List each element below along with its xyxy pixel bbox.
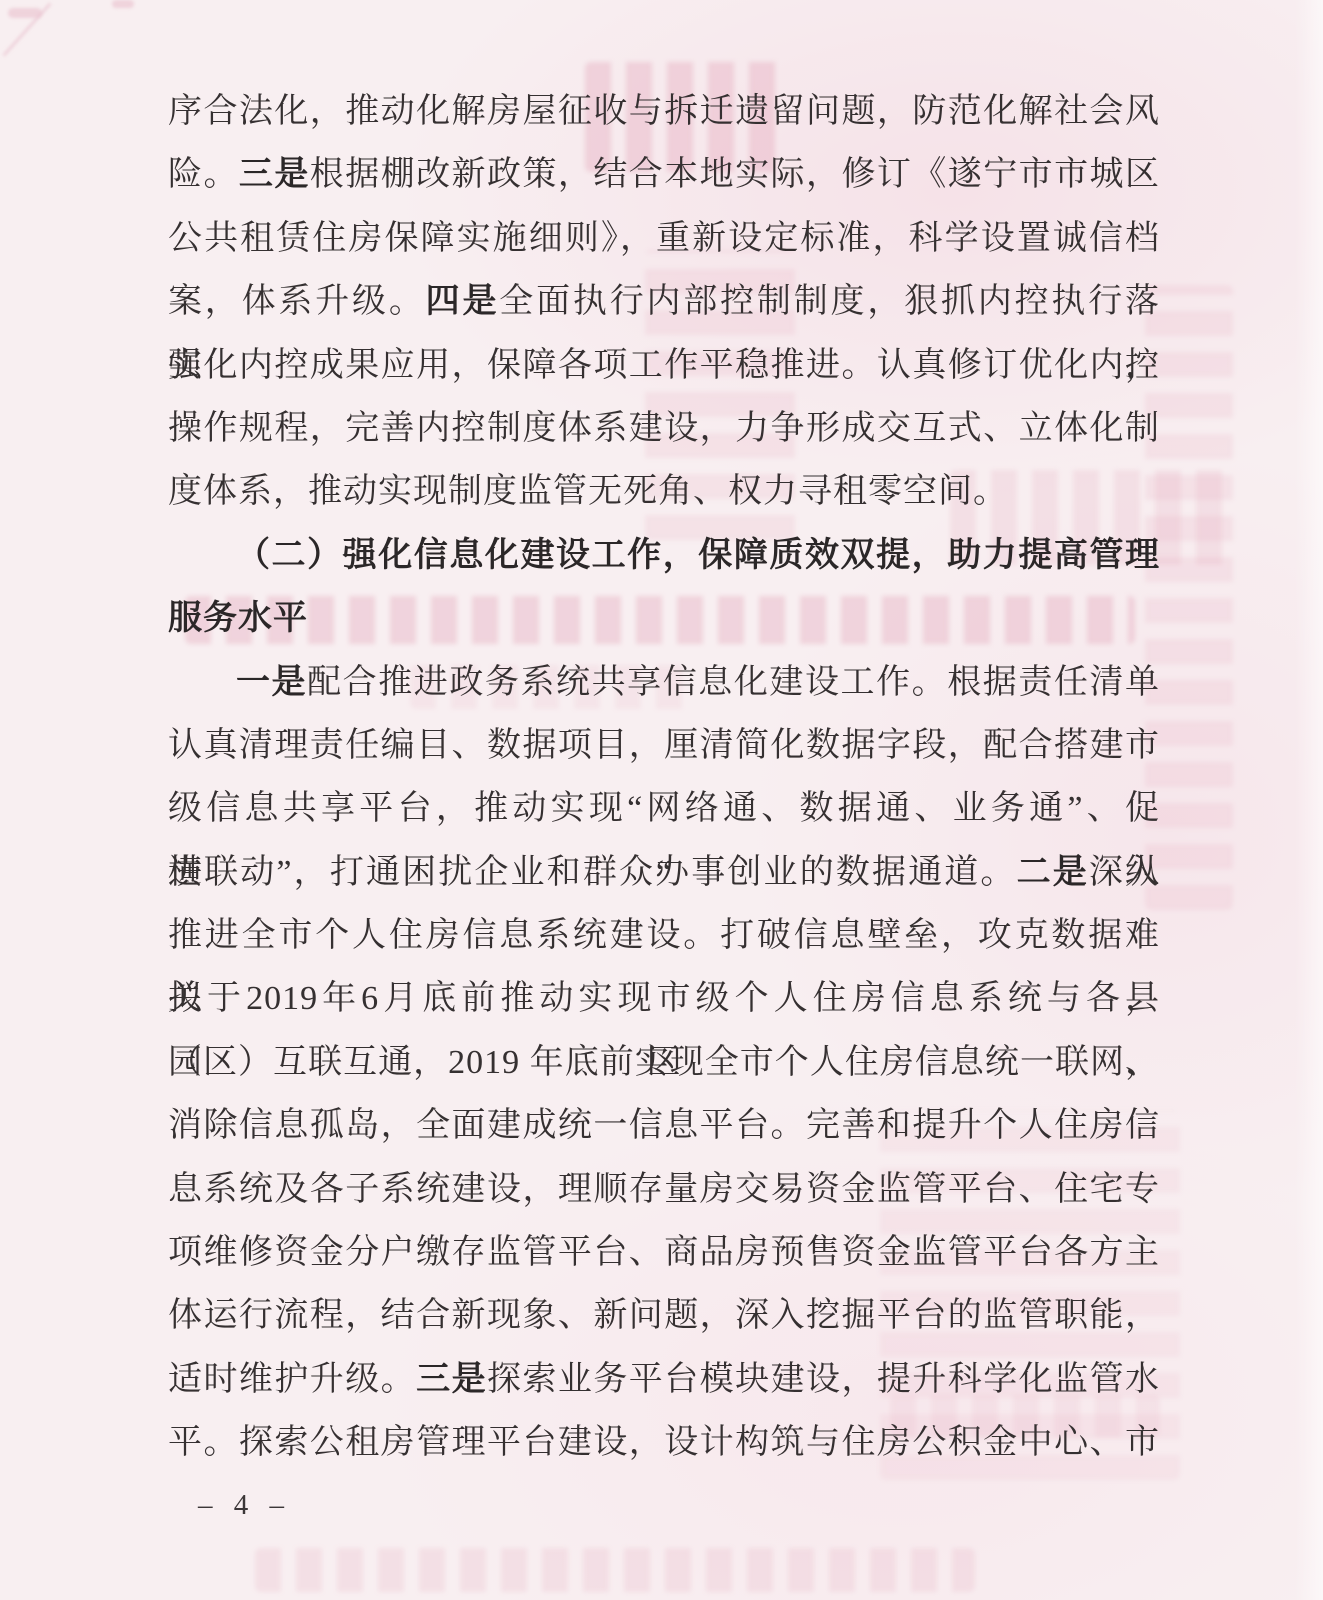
body-text: 消除信息孤岛，全面建成统一信息平台。完善和提升个人住房信 — [168, 1107, 1160, 1144]
text-line: 拟于2019年6月底前推动实现市级个人住房信息系统与各县（区、 — [168, 967, 1160, 1030]
text-line: 项维修资金分户缴存监管平台、商品房预售资金监管平台各方主 — [168, 1221, 1160, 1284]
text-line: 度体系，推动实现制度监管无死角、权力寻租零空间。 — [168, 460, 1160, 523]
text-line: 横联动”，打通困扰企业和群众办事创业的数据通道。二是深入 — [168, 841, 1160, 904]
text-line: 公共租赁住房保障实施细则》，重新设定标准，科学设置诚信档 — [168, 207, 1160, 270]
emphasis-text: 四是 — [426, 283, 500, 320]
text-line: 强化内控成果应用，保障各项工作平稳推进。认真修订优化内控 — [168, 334, 1160, 397]
emphasis-text: 三是 — [416, 1361, 487, 1398]
body-text: 案，体系升级。 — [168, 283, 426, 320]
body-text: 公共租赁住房保障实施细则》，重新设定标准，科学设置诚信档 — [168, 220, 1160, 257]
bleed-through-artifact — [255, 1548, 975, 1592]
body-text: 配合推进政务系统共享信息化建设工作。根据责任清单 — [307, 664, 1160, 701]
text-line: 体运行流程，结合新现象、新问题，深入挖掘平台的监管职能， — [168, 1284, 1160, 1347]
text-line: 服务水平 — [168, 587, 1160, 650]
text-line: 险。三是根据棚改新政策，结合本地实际，修订《遂宁市市城区 — [168, 143, 1160, 206]
body-text: 体运行流程，结合新现象、新问题，深入挖掘平台的监管职能， — [168, 1297, 1160, 1334]
scan-edge-highlight — [1295, 0, 1323, 1600]
emphasis-text: 三是 — [239, 156, 310, 193]
page-number: – 4 – — [198, 1489, 291, 1522]
emphasis-text: 服务水平 — [168, 600, 308, 637]
body-text: 认真清理责任编目、数据项目，厘清简化数据字段，配合搭建市 — [168, 727, 1160, 764]
body-text: 园区）互联互通，2019 年底前实现全市个人住房信息统一联网， — [168, 1044, 1160, 1081]
text-line: 序合法化，推动化解房屋征收与拆迁遗留问题，防范化解社会风 — [168, 80, 1160, 143]
scanned-document-page: 序合法化，推动化解房屋征收与拆迁遗留问题，防范化解社会风险。三是根据棚改新政策，… — [0, 0, 1323, 1600]
body-text: 深入 — [1089, 854, 1160, 891]
text-line: 操作规程，完善内控制度体系建设，力争形成交互式、立体化制 — [168, 397, 1160, 460]
body-text: 平。探索公租房管理平台建设，设计构筑与住房公积金中心、市 — [168, 1424, 1160, 1461]
body-text: 操作规程，完善内控制度体系建设，力争形成交互式、立体化制 — [168, 410, 1160, 447]
text-line: 适时维护升级。三是探索业务平台模块建设，提升科学化监管水 — [168, 1348, 1160, 1411]
corner-crease-mark — [8, 8, 42, 18]
body-text: 项维修资金分户缴存监管平台、商品房预售资金监管平台各方主 — [168, 1234, 1160, 1271]
text-line: 平。探索公租房管理平台建设，设计构筑与住房公积金中心、市 — [168, 1411, 1160, 1474]
text-line: 案，体系升级。四是全面执行内部控制制度，狠抓内控执行落实， — [168, 270, 1160, 333]
body-text: 根据棚改新政策，结合本地实际，修订《遂宁市市城区 — [310, 156, 1160, 193]
body-text: 序合法化，推动化解房屋征收与拆迁遗留问题，防范化解社会风 — [168, 93, 1160, 130]
emphasis-text: （二）强化信息化建设工作，保障质效双提，助力提高管理 — [236, 537, 1160, 574]
body-text: 险。 — [168, 156, 239, 193]
body-text: 探索业务平台模块建设，提升科学化监管水 — [487, 1361, 1160, 1398]
text-line: （二）强化信息化建设工作，保障质效双提，助力提高管理 — [168, 524, 1160, 587]
text-line: 一是配合推进政务系统共享信息化建设工作。根据责任清单 — [168, 651, 1160, 714]
body-text: 息系统及各子系统建设，理顺存量房交易资金监管平台、住宅专 — [168, 1171, 1160, 1208]
document-body-text: 序合法化，推动化解房屋征收与拆迁遗留问题，防范化解社会风险。三是根据棚改新政策，… — [168, 80, 1160, 1475]
corner-crease-mark — [112, 0, 134, 8]
emphasis-text: 二是 — [1017, 854, 1089, 891]
body-text: 适时维护升级。 — [168, 1361, 416, 1398]
text-line: 推进全市个人住房信息系统建设。打破信息壁垒，攻克数据难关， — [168, 904, 1160, 967]
text-line: 认真清理责任编目、数据项目，厘清简化数据字段，配合搭建市 — [168, 714, 1160, 777]
emphasis-text: 一是 — [236, 664, 307, 701]
body-text: 横联动”，打通困扰企业和群众办事创业的数据通道。 — [168, 854, 1017, 891]
body-text: 强化内控成果应用，保障各项工作平稳推进。认真修订优化内控 — [168, 347, 1160, 384]
text-line: 息系统及各子系统建设，理顺存量房交易资金监管平台、住宅专 — [168, 1158, 1160, 1221]
body-text: 度体系，推动实现制度监管无死角、权力寻租零空间。 — [168, 473, 1008, 510]
corner-crease-mark — [2, 2, 51, 56]
text-line: 级信息共享平台，推动实现“网络通、数据通、业务通”、促进“纵 — [168, 777, 1160, 840]
text-line: 园区）互联互通，2019 年底前实现全市个人住房信息统一联网， — [168, 1031, 1160, 1094]
text-line: 消除信息孤岛，全面建成统一信息平台。完善和提升个人住房信 — [168, 1094, 1160, 1157]
